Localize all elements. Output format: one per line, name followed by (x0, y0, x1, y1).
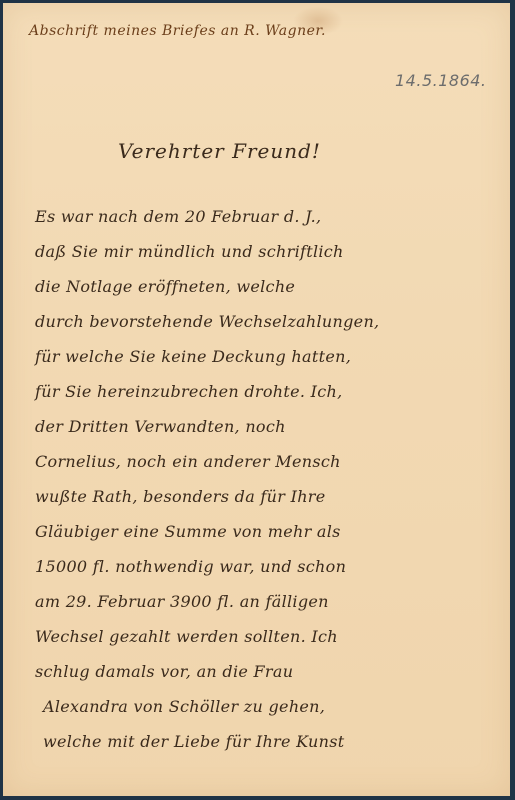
body-line: am 29. Februar 3900 fl. an fälligen (33, 584, 511, 619)
body-line: für welche Sie keine Deckung hatten, (33, 339, 511, 374)
body-line: wußte Rath, besonders da für Ihre (33, 479, 511, 514)
body-line: welche mit der Liebe für Ihre Kunst (33, 724, 511, 759)
body-line: Cornelius, noch ein anderer Mensch (33, 444, 511, 479)
letter-paper: Abschrift meines Briefes an R. Wagner. 1… (3, 3, 510, 796)
salutation: Verehrter Freund! (118, 139, 321, 163)
body-line: daß Sie mir mündlich und schriftlich (33, 234, 511, 269)
body-line: der Dritten Verwandten, noch (33, 409, 511, 444)
body-line: die Notlage eröffneten, welche (33, 269, 511, 304)
body-line: Gläubiger eine Summe von mehr als (33, 514, 511, 549)
body-line: Wechsel gezahlt werden sollten. Ich (33, 619, 511, 654)
body-line: schlug damals vor, an die Frau (33, 654, 511, 689)
letter-body: Es war nach dem 20 Februar d. J., daß Si… (33, 199, 511, 759)
body-line: Es war nach dem 20 Februar d. J., (33, 199, 511, 234)
header-note: Abschrift meines Briefes an R. Wagner. (29, 23, 326, 39)
body-line: durch bevorstehende Wechselzahlungen, (33, 304, 511, 339)
body-line: 15000 fl. nothwendig war, und schon (33, 549, 511, 584)
body-line: für Sie hereinzubrechen drohte. Ich, (33, 374, 511, 409)
body-line: Alexandra von Schöller zu gehen, (33, 689, 511, 724)
pencil-date: 14.5.1864. (395, 71, 487, 90)
